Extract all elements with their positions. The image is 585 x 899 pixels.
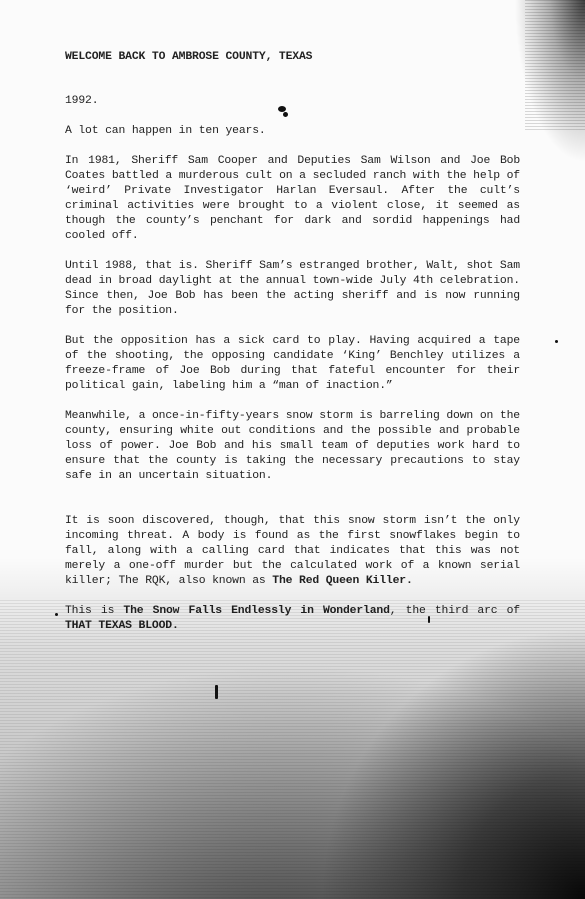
series-title: THAT TEXAS BLOOD. [65,620,179,632]
closing-middle: , the third arc of [390,605,520,617]
killer-name: The Red Queen Killer. [272,575,412,587]
year-line: 1992. [65,94,520,109]
scanline-texture-corner [525,0,585,130]
intro-line: A lot can happen in ten years. [65,124,520,139]
paragraph-closing: This is The Snow Falls Endlessly in Wond… [65,604,520,634]
paragraph-discovery: It is soon discovered, though, that this… [65,514,520,589]
closing-prefix: This is [65,605,123,617]
paragraph-opposition: But the opposition has a sick card to pl… [65,334,520,394]
paragraph-snowstorm: Meanwhile, a once-in-fifty-years snow st… [65,409,520,484]
document-heading: WELCOME BACK TO AMBROSE COUNTY, TEXAS [65,50,520,65]
ink-speck [215,685,218,699]
arc-title: The Snow Falls Endlessly in Wonderland [123,605,389,617]
document-page: WELCOME BACK TO AMBROSE COUNTY, TEXAS 19… [65,50,520,649]
ink-speck [283,112,288,117]
ink-speck [428,616,430,623]
paragraph-backstory: In 1981, Sheriff Sam Cooper and Deputies… [65,154,520,244]
ink-speck [555,340,558,343]
paragraph-1988: Until 1988, that is. Sheriff Sam’s estra… [65,259,520,319]
ink-speck [55,613,58,616]
